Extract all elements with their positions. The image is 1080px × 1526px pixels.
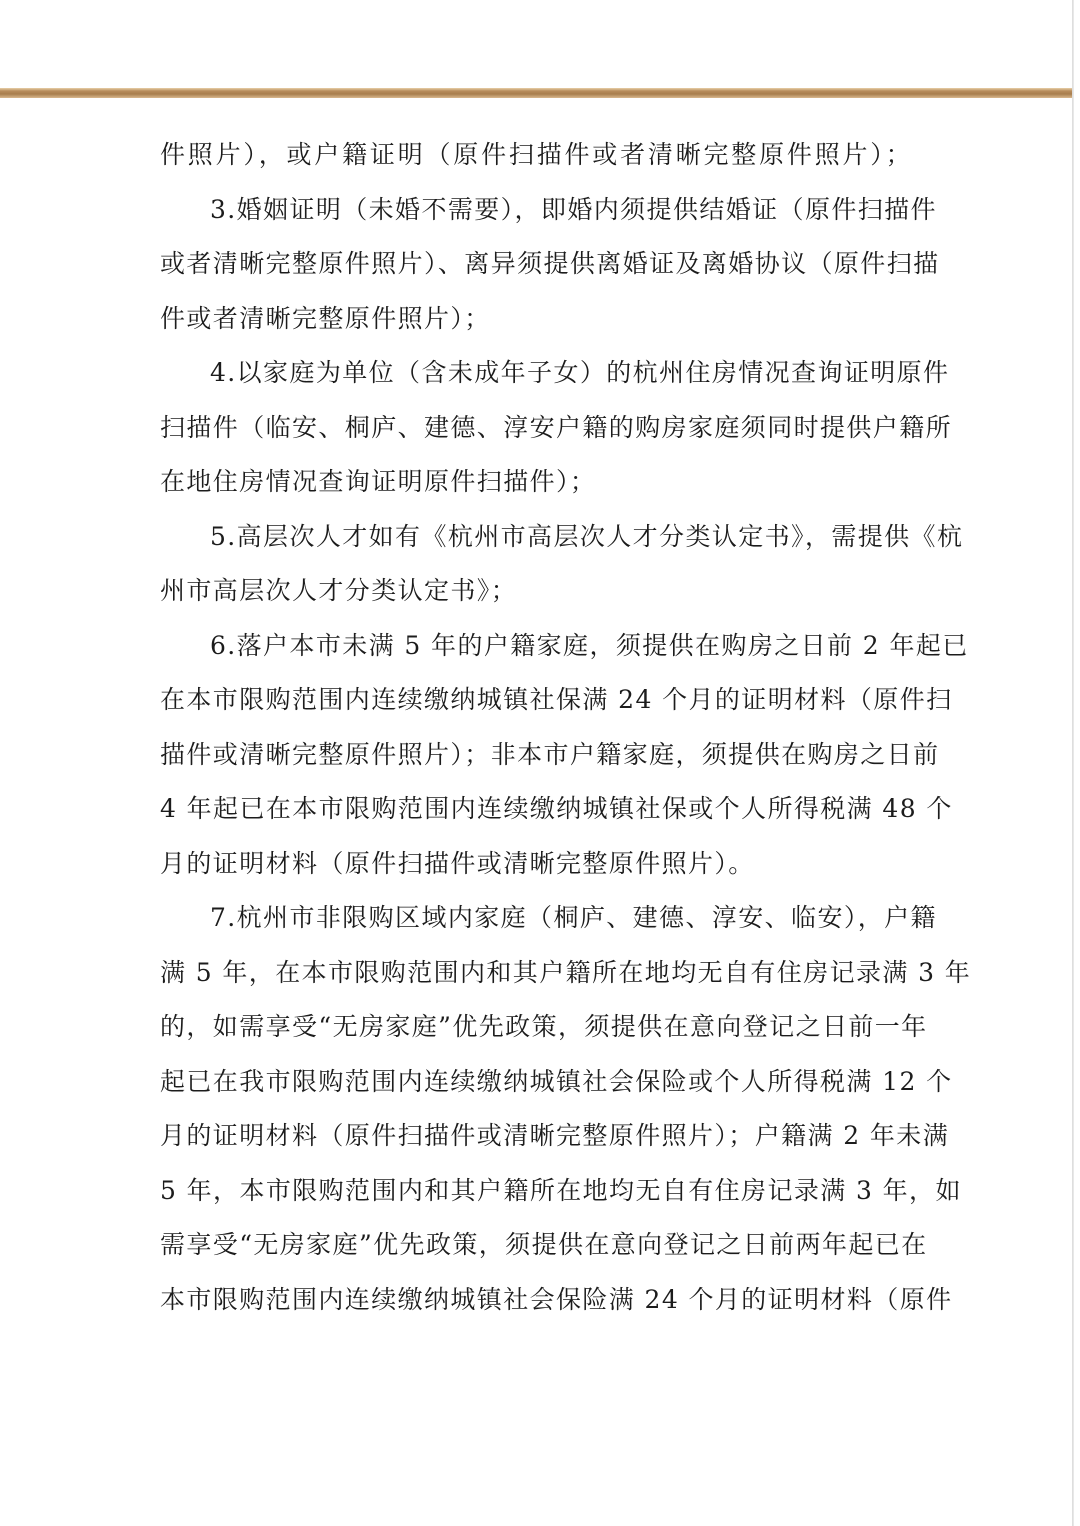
text-line: 件照片），或户籍证明（原件扫描件或者清晰完整原件照片）； [160, 128, 912, 183]
text-line-item-7: 7.杭州市非限购区域内家庭（桐庐、建德、淳安、临安），户籍 [160, 891, 912, 946]
text-line: 或者清晰完整原件照片）、离异须提供离婚证及离婚协议（原件扫描 [160, 237, 912, 292]
text-line: 满 5 年，在本市限购范围内和其户籍所在地均无自有住房记录满 3 年 [160, 946, 912, 1001]
text-line: 扫描件（临安、桐庐、建德、淳安户籍的购房家庭须同时提供户籍所 [160, 401, 912, 456]
text-line: 在本市限购范围内连续缴纳城镇社保满 24 个月的证明材料（原件扫 [160, 673, 912, 728]
text-line: 起已在我市限购范围内连续缴纳城镇社会保险或个人所得税满 12 个 [160, 1055, 912, 1110]
page-edge [1072, 0, 1074, 1526]
text-line: 在地住房情况查询证明原件扫描件）； [160, 455, 912, 510]
document-body: 件照片），或户籍证明（原件扫描件或者清晰完整原件照片）； 3.婚姻证明（未婚不需… [160, 128, 912, 1327]
text-line: 州市高层次人才分类认定书》； [160, 564, 912, 619]
text-line: 件或者清晰完整原件照片）； [160, 292, 912, 347]
text-line: 5 年，本市限购范围内和其户籍所在地均无自有住房记录满 3 年，如 [160, 1164, 912, 1219]
text-line: 需享受“无房家庭”优先政策，须提供在意向登记之日前两年起已在 [160, 1218, 912, 1273]
text-line-item-6: 6.落户本市未满 5 年的户籍家庭，须提供在购房之日前 2 年起已 [160, 619, 912, 674]
text-line-item-5: 5.高层次人才如有《杭州市高层次人才分类认定书》，需提供《杭 [160, 510, 912, 565]
text-line: 月的证明材料（原件扫描件或清晰完整原件照片）；户籍满 2 年未满 [160, 1109, 912, 1164]
text-line-item-3: 3.婚姻证明（未婚不需要），即婚内须提供结婚证（原件扫描件 [160, 183, 912, 238]
text-line: 4 年起已在本市限购范围内连续缴纳城镇社保或个人所得税满 48 个 [160, 782, 912, 837]
text-line: 的，如需享受“无房家庭”优先政策，须提供在意向登记之日前一年 [160, 1000, 912, 1055]
text-line: 本市限购范围内连续缴纳城镇社会保险满 24 个月的证明材料（原件 [160, 1273, 912, 1328]
text-line-item-4: 4.以家庭为单位（含未成年子女）的杭州住房情况查询证明原件 [160, 346, 912, 401]
text-line: 月的证明材料（原件扫描件或清晰完整原件照片）。 [160, 837, 912, 892]
header-divider-rule [0, 88, 1074, 98]
text-line: 描件或清晰完整原件照片）；非本市户籍家庭，须提供在购房之日前 [160, 728, 912, 783]
